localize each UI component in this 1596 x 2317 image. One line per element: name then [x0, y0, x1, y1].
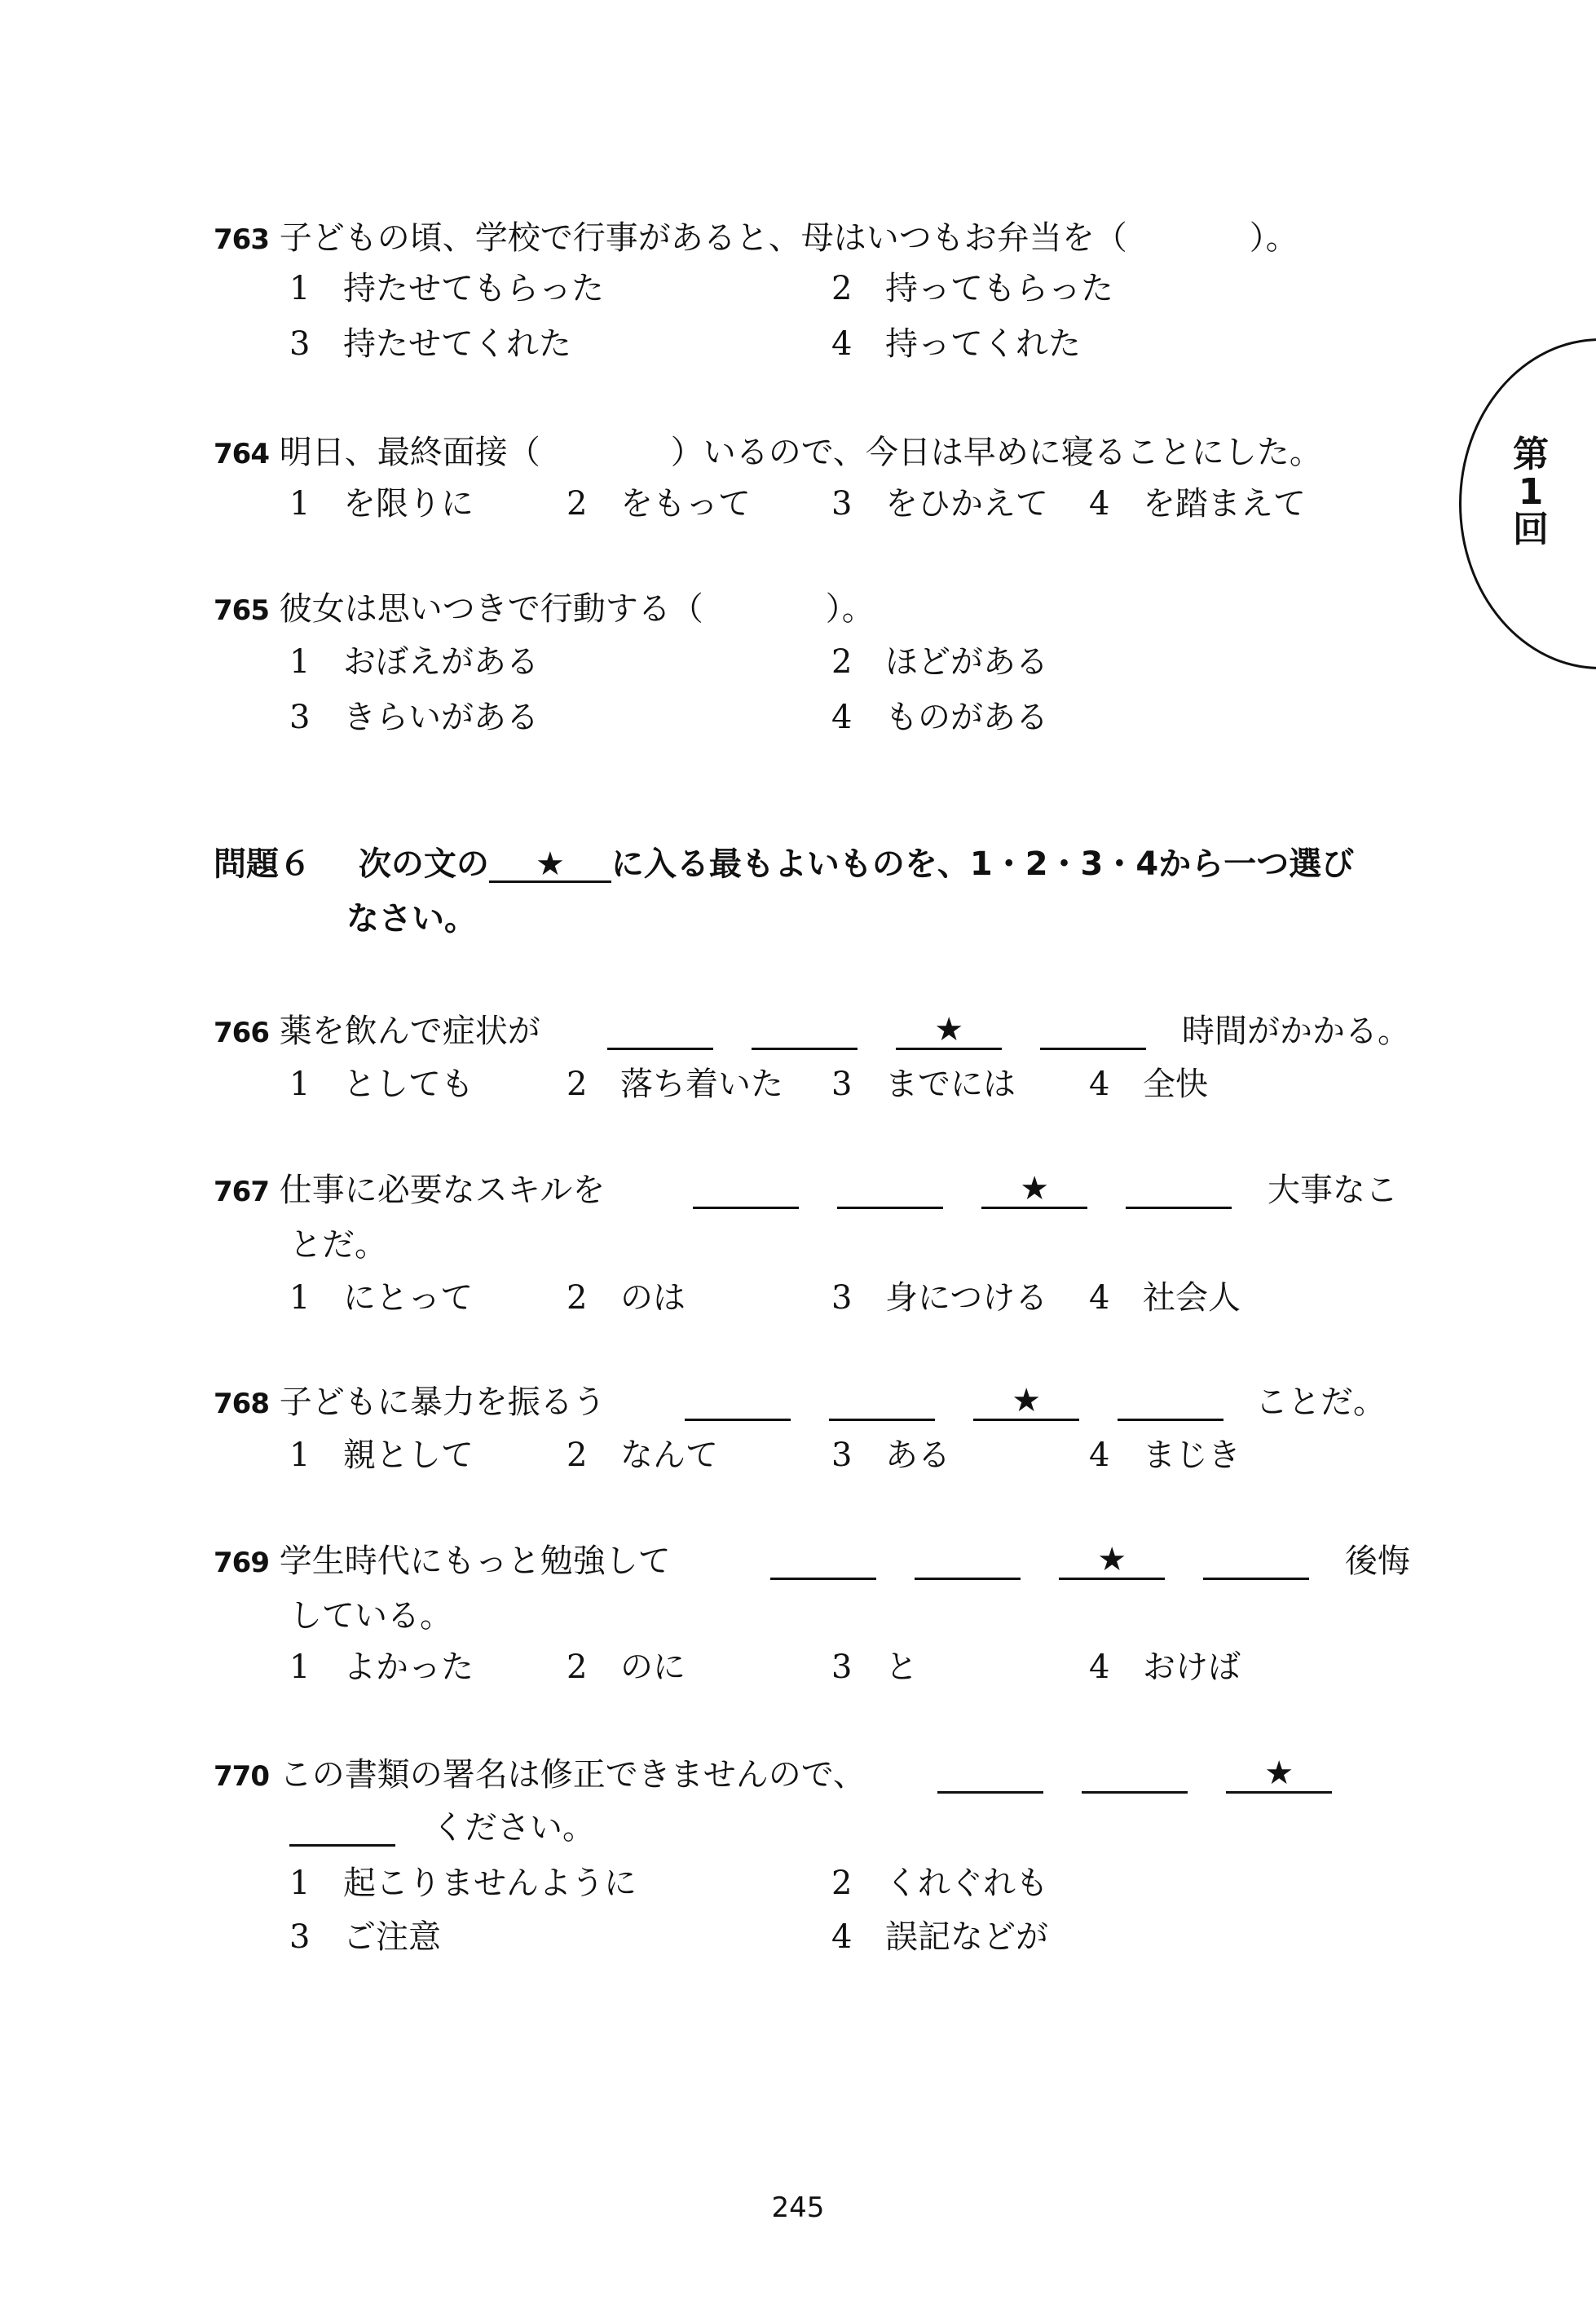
answer-blank-star[interactable]: ★ — [896, 1015, 1002, 1050]
answer-blanks-768: ★ — [685, 1386, 1223, 1421]
option-769-4[interactable]: 4おけば — [1089, 1651, 1241, 1684]
answer-blank[interactable] — [937, 1759, 1043, 1794]
question-stem-end: ことだ。 — [1255, 1386, 1386, 1419]
question-number: 768 — [214, 1388, 269, 1420]
star-icon: ★ — [1226, 1757, 1332, 1790]
question-stem-end: 時間がかかる。 — [1182, 1015, 1410, 1048]
section6-heading: 問題６ 次の文の★に入る最もよいものを、1・2・3・4から一つ選び — [214, 848, 1354, 883]
answer-blank-star[interactable]: ★ — [1059, 1545, 1165, 1580]
option-767-4[interactable]: 4社会人 — [1089, 1282, 1241, 1314]
star-icon: ★ — [973, 1384, 1079, 1417]
question-stem: 彼女は思いつきで行動する（ — [280, 590, 703, 628]
option-764-3[interactable]: 3をひかえて — [831, 488, 1048, 520]
option-766-4[interactable]: 4全快 — [1089, 1068, 1208, 1101]
star-icon: ★ — [981, 1172, 1087, 1205]
question-stem-end: ）いるので、今日は早めに寝ることにした。 — [671, 434, 1322, 471]
option-767-3[interactable]: 3身につける — [831, 1282, 1047, 1314]
question-stem-end: ）。 — [826, 590, 875, 628]
option-763-1[interactable]: 1持たせてもらった — [289, 272, 604, 305]
answer-blank-star[interactable]: ★ — [1226, 1759, 1332, 1794]
question-765: 765 彼女は思いつきで行動する（）。 — [214, 593, 875, 625]
question-stem-end: 後悔 — [1345, 1545, 1410, 1578]
answer-blanks-766: ★ — [607, 1015, 1146, 1050]
question-768: 768 子どもに暴力を振るう — [214, 1386, 606, 1419]
question-stem: 学生時代にもっと勉強して — [280, 1542, 671, 1580]
option-765-4[interactable]: 4ものがある — [831, 701, 1048, 734]
option-770-2[interactable]: 2くれぐれも — [831, 1867, 1048, 1900]
question-stem-line2: ください。 — [432, 1812, 595, 1844]
question-stem-line2: している。 — [289, 1600, 452, 1632]
answer-blank[interactable] — [607, 1015, 713, 1050]
option-767-2[interactable]: 2のは — [567, 1282, 686, 1314]
answer-blank[interactable] — [685, 1386, 791, 1421]
answer-blank[interactable] — [1126, 1174, 1232, 1209]
question-number: 763 — [214, 223, 269, 256]
option-766-1[interactable]: 1としても — [289, 1068, 474, 1101]
instruction-text: 次の文の — [359, 845, 489, 883]
answer-blank[interactable] — [1203, 1545, 1309, 1580]
option-768-2[interactable]: 2なんて — [567, 1439, 718, 1472]
option-769-2[interactable]: 2のに — [567, 1651, 686, 1684]
answer-blanks-770: ★ — [937, 1759, 1332, 1794]
option-766-2[interactable]: 2落ち着いた — [567, 1068, 783, 1101]
option-766-3[interactable]: 3までには — [831, 1068, 1016, 1101]
question-stem-end: 大事なこ — [1268, 1174, 1398, 1207]
answer-blank[interactable] — [837, 1174, 943, 1209]
section-label: 問題６ — [214, 845, 311, 883]
option-770-4[interactable]: 4誤記などが — [831, 1921, 1048, 1953]
option-767-1[interactable]: 1にとって — [289, 1282, 473, 1314]
option-769-1[interactable]: 1よかった — [289, 1651, 474, 1684]
question-number: 769 — [214, 1547, 269, 1579]
answer-blank[interactable] — [829, 1386, 935, 1421]
question-stem-end: ）。 — [1250, 219, 1298, 257]
section6-heading-line2: なさい。 — [346, 903, 477, 935]
option-765-1[interactable]: 1おぼえがある — [289, 646, 539, 678]
answer-blanks-767: ★ — [693, 1174, 1232, 1209]
option-770-1[interactable]: 1起こりませんように — [289, 1867, 637, 1900]
answer-blanks-770-line2 — [289, 1812, 395, 1847]
option-770-3[interactable]: 3ご注意 — [289, 1921, 441, 1953]
question-number: 764 — [214, 438, 269, 470]
answer-blank-star[interactable]: ★ — [981, 1174, 1087, 1209]
option-764-4[interactable]: 4を踏まえて — [1089, 488, 1306, 520]
question-number: 767 — [214, 1176, 269, 1208]
page-number: 245 — [0, 2191, 1596, 2224]
star-icon: ★ — [489, 848, 611, 883]
answer-blank-star[interactable]: ★ — [973, 1386, 1079, 1421]
question-stem: 子どもの頃、学校で行事があると、母はいつもお弁当を（ — [280, 219, 1127, 257]
option-763-3[interactable]: 3持たせてくれた — [289, 328, 571, 360]
answer-blank[interactable] — [693, 1174, 799, 1209]
option-769-3[interactable]: 3と — [831, 1651, 918, 1684]
question-767: 767 仕事に必要なスキルを — [214, 1174, 605, 1207]
question-number: 766 — [214, 1017, 269, 1049]
answer-blank[interactable] — [289, 1812, 395, 1847]
question-763: 763 子どもの頃、学校で行事があると、母はいつもお弁当を（）。 — [214, 222, 1298, 254]
question-stem-line2: とだ。 — [289, 1229, 387, 1261]
question-stem: 子どもに暴力を振るう — [280, 1384, 606, 1421]
instruction-text: に入る最もよいものを、1・2・3・4から一つ選び — [611, 845, 1354, 883]
option-763-4[interactable]: 4持ってくれた — [831, 328, 1081, 360]
option-764-2[interactable]: 2をもって — [567, 488, 751, 520]
answer-blank[interactable] — [915, 1545, 1021, 1580]
option-768-3[interactable]: 3ある — [831, 1439, 950, 1472]
question-stem: 仕事に必要なスキルを — [280, 1172, 606, 1209]
question-766: 766 薬を飲んで症状が — [214, 1015, 540, 1048]
answer-blank[interactable] — [770, 1545, 876, 1580]
star-icon: ★ — [896, 1013, 1002, 1046]
question-769: 769 学生時代にもっと勉強して — [214, 1545, 671, 1578]
question-stem: 薬を飲んで症状が — [280, 1013, 540, 1050]
round-tab-label: 第 1 回 — [1506, 436, 1555, 549]
option-768-1[interactable]: 1親として — [289, 1439, 474, 1472]
option-765-2[interactable]: 2ほどがある — [831, 646, 1048, 678]
answer-blank[interactable] — [752, 1015, 858, 1050]
option-763-2[interactable]: 2持ってもらった — [831, 272, 1113, 305]
answer-blank[interactable] — [1118, 1386, 1223, 1421]
option-768-4[interactable]: 4まじき — [1089, 1439, 1241, 1472]
question-stem: この書類の署名は修正できませんので、 — [280, 1756, 866, 1794]
question-number: 770 — [214, 1760, 269, 1793]
star-icon: ★ — [1059, 1543, 1165, 1576]
answer-blank[interactable] — [1082, 1759, 1188, 1794]
question-764: 764 明日、最終面接（）いるので、今日は早めに寝ることにした。 — [214, 436, 1322, 469]
question-stem: 明日、最終面接（ — [280, 434, 540, 471]
option-765-3[interactable]: 3きらいがある — [289, 701, 539, 734]
question-770: 770 この書類の署名は修正できませんので、 — [214, 1759, 866, 1791]
answer-blanks-769: ★ — [770, 1545, 1309, 1580]
question-number: 765 — [214, 594, 269, 627]
option-764-1[interactable]: 1を限りに — [289, 488, 474, 520]
answer-blank[interactable] — [1040, 1015, 1146, 1050]
